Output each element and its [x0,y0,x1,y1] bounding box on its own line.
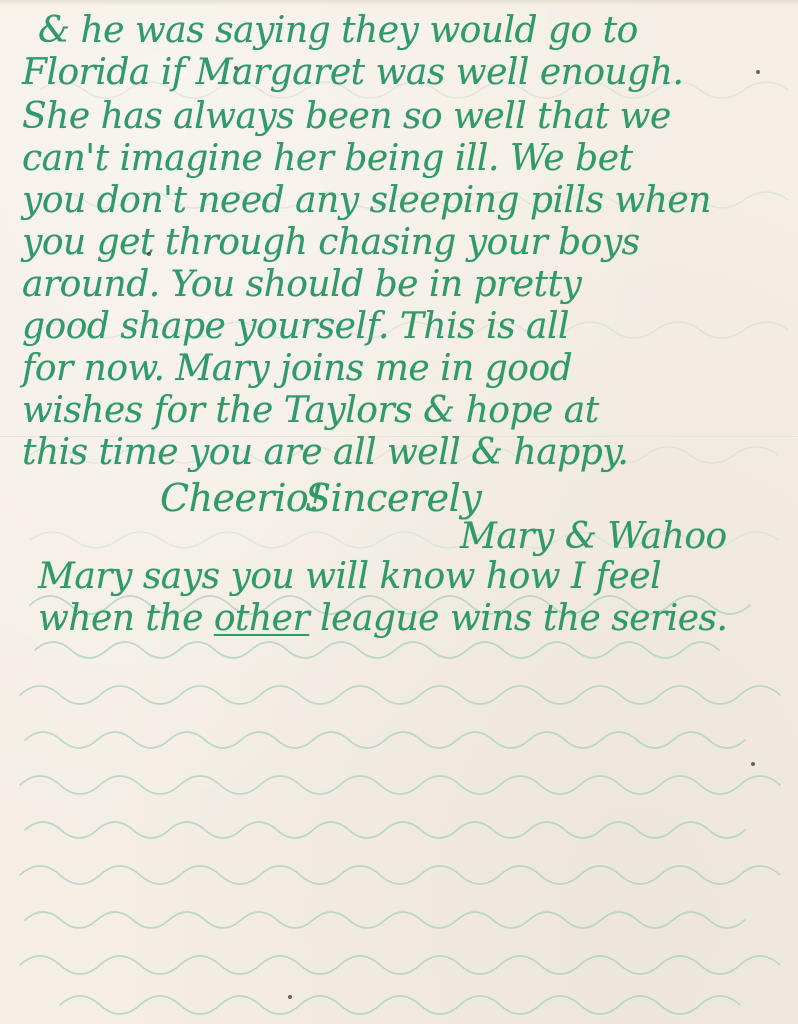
ink-speck [147,252,151,256]
ink-speck [751,762,755,766]
letter-line: for now. Mary joins me in good [22,348,572,389]
ink-speck [756,70,760,74]
letter-line: you don't need any sleeping pills when [22,180,711,221]
postscript-text: when the [38,598,214,639]
closing-salutation: Cheerio! [160,476,323,520]
letter-line: you get through chasing your boys [22,222,640,263]
letter-line: around. You should be in pretty [22,264,581,305]
letter-line: She has always been so well that we [22,96,671,137]
ink-speck [288,995,292,999]
underlined-word-other: other [214,598,309,639]
paper-top-edge [0,0,798,6]
letter-line: this time you are all well & happy. [22,432,628,473]
letter-line: good shape yourself. This is all [22,306,569,347]
letter-line: & he was saying they would go to [38,10,638,51]
ink-speck [234,66,238,70]
letter-page: & he was saying they would go to Florida… [0,0,798,1024]
letter-line: can't imagine her being ill. We bet [22,138,632,179]
closing-sign-off: Sincerely [305,476,481,520]
letter-line: Florida if Margaret was well enough. [22,52,683,93]
postscript-line-1: Mary says you will know how I feel [38,556,661,597]
postscript-line-2: when the other league wins the series. [38,598,727,639]
signature: Mary & Wahoo [460,516,727,557]
letter-line: wishes for the Taylors & hope at [22,390,599,431]
postscript-text: league wins the series. [309,598,727,639]
